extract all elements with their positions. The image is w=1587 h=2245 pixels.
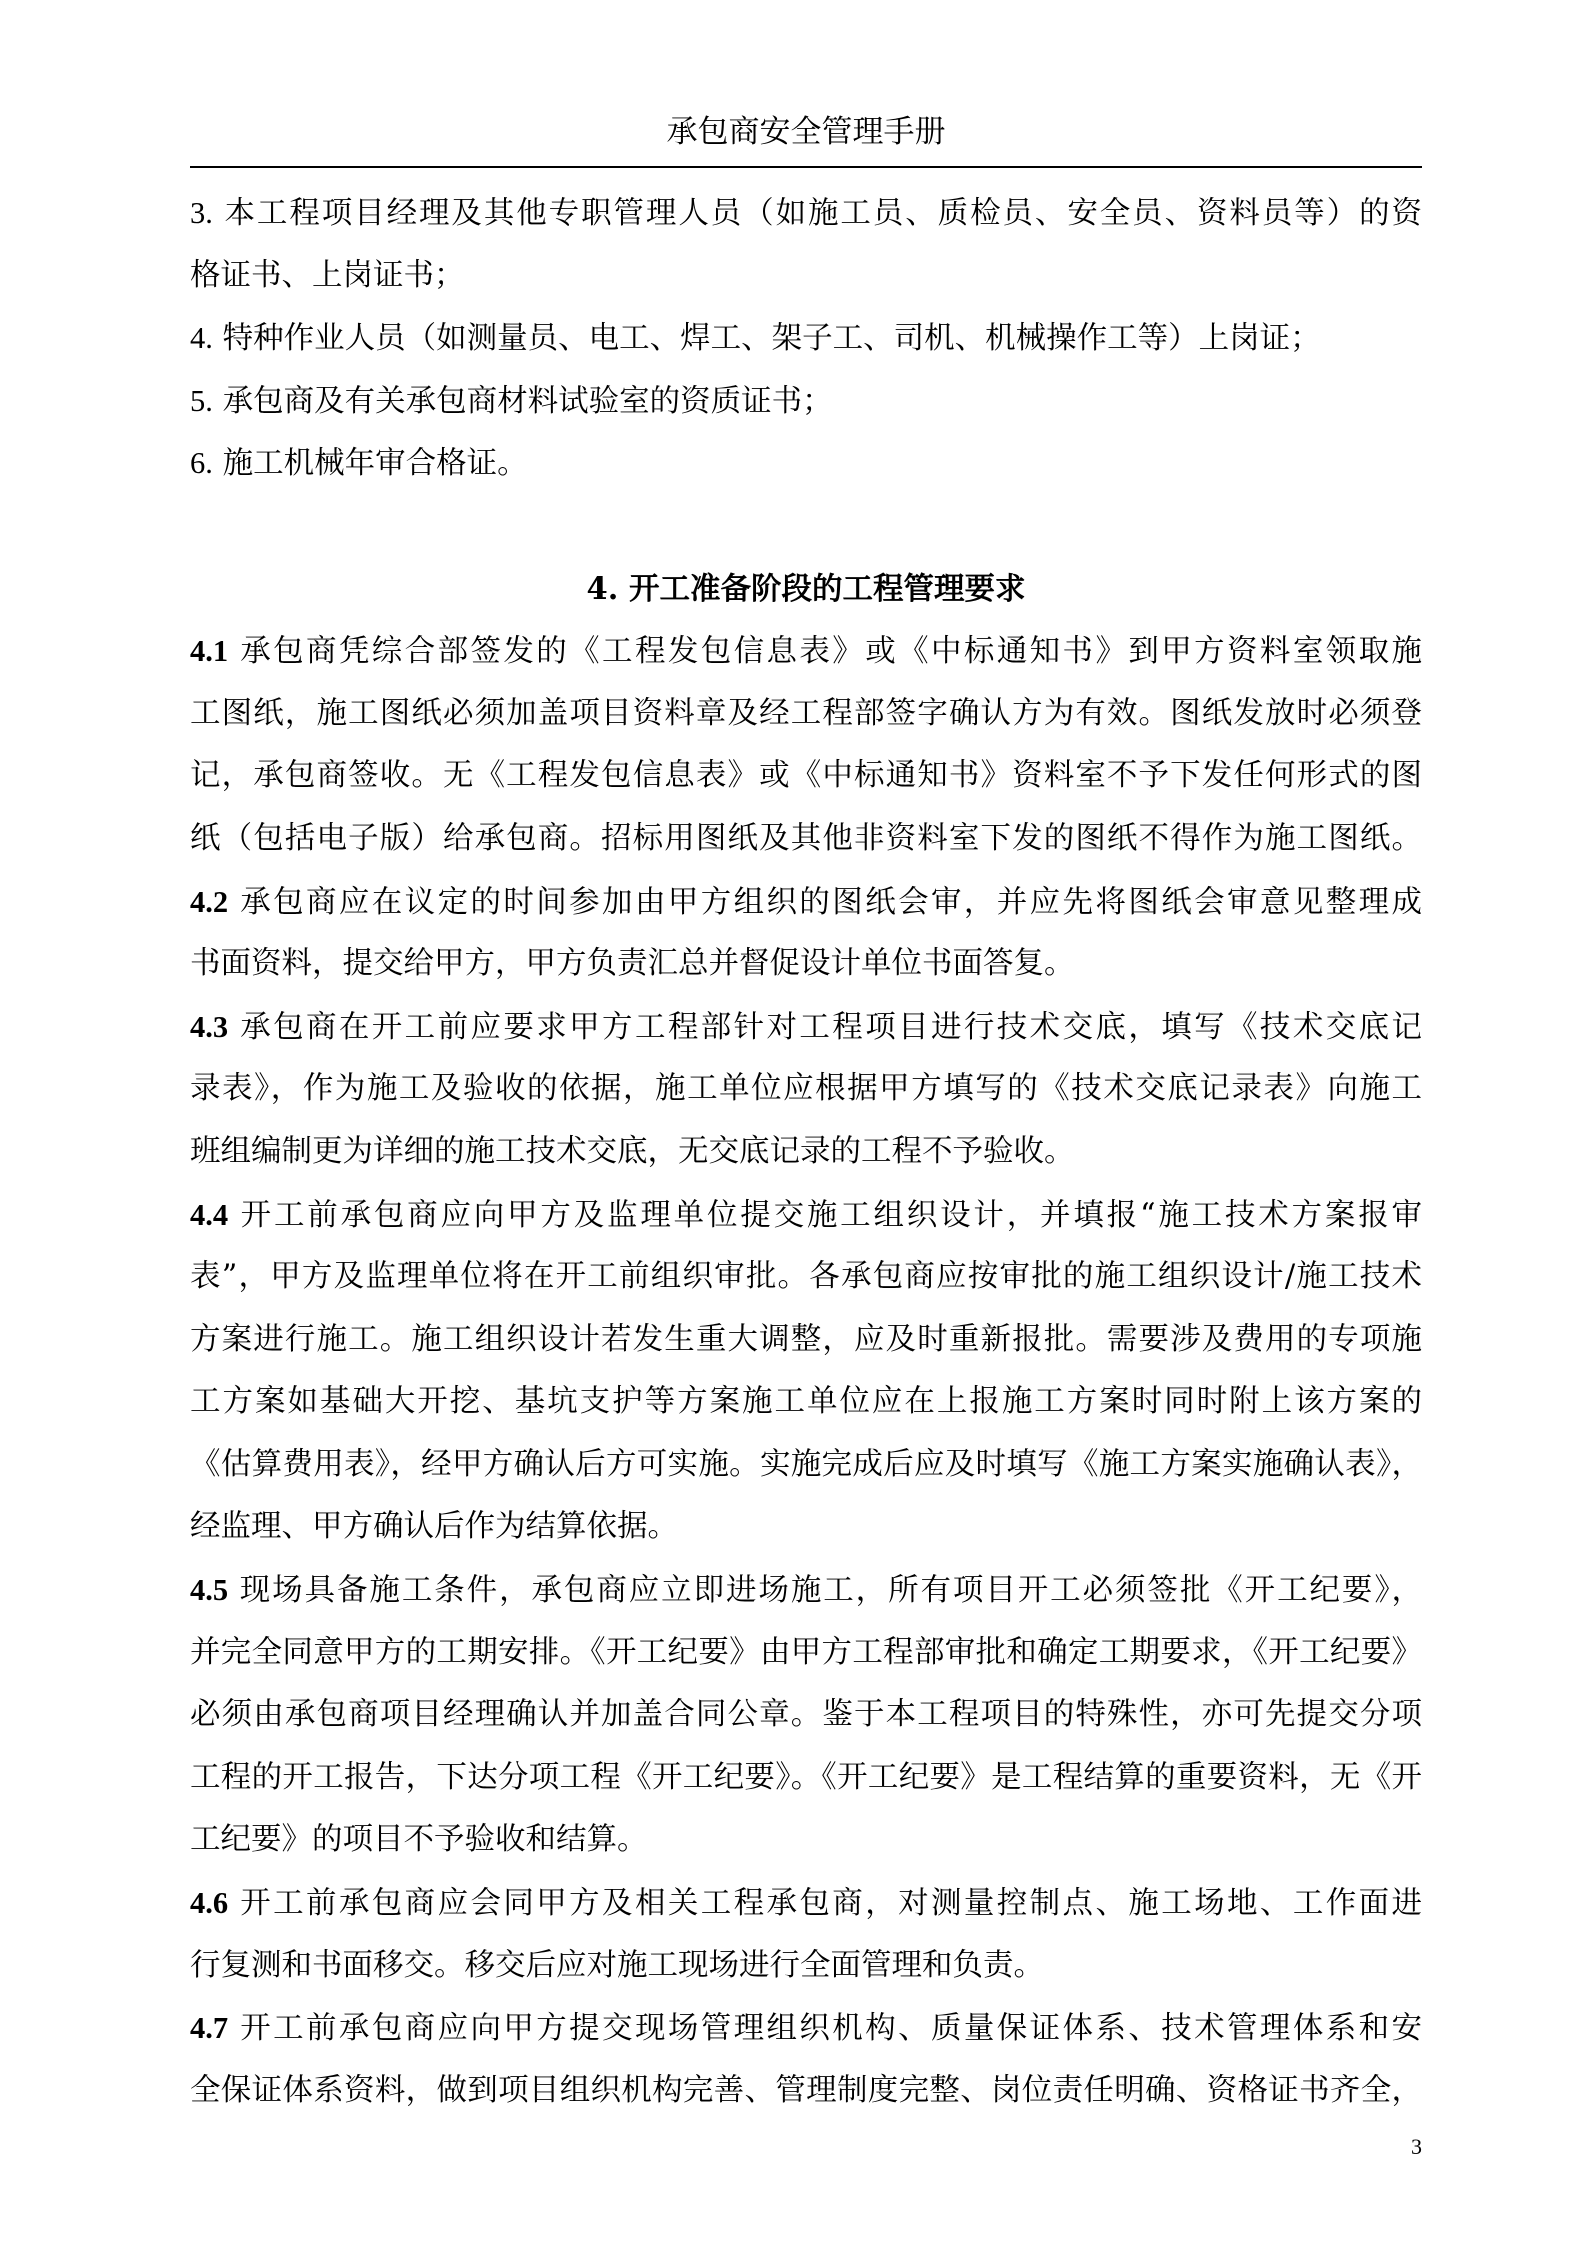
clause-4-4-line-3: 方案进行施工。施工组织设计若发生重大调整，应及时重新报批。需要涉及费用的专项施 — [190, 1309, 1422, 1372]
spacer — [190, 495, 1422, 558]
clause-4-1-line-4: 纸（包括电子版）给承包商。招标用图纸及其他非资料室下发的图纸不得作为施工图纸。 — [190, 808, 1422, 871]
list-item-3-line-1: 3. 本工程项目经理及其他专职管理人员（如施工员、质检员、安全员、资料员等）的资 — [190, 182, 1422, 245]
page-number: 3 — [1400, 2134, 1422, 2160]
running-header: 承包商安全管理手册 — [190, 112, 1422, 152]
list-item-5: 5. 承包商及有关承包商材料试验室的资质证书； — [190, 370, 1422, 433]
clause-4-5-line-2: 并完全同意甲方的工期安排。《开工纪要》由甲方工程部审批和确定工期要求，《开工纪要… — [190, 1622, 1422, 1685]
clause-4-1-line-1: 4.1 承包商凭综合部签发的《工程发包信息表》或《中标通知书》到甲方资料室领取施 — [190, 620, 1422, 683]
clause-4-2-line-2: 书面资料，提交给甲方，甲方负责汇总并督促设计单位书面答复。 — [190, 933, 1422, 996]
list-item-3-line-2: 格证书、上岗证书； — [190, 245, 1422, 308]
clause-4-5-line-1: 4.5 现场具备施工条件，承包商应立即进场施工，所有项目开工必须签批《开工纪要》… — [190, 1559, 1422, 1622]
clause-4-7-line-1: 4.7 开工前承包商应向甲方提交现场管理组织机构、质量保证体系、技术管理体系和安 — [190, 1997, 1422, 2060]
clause-4-6-line-2: 行复测和书面移交。移交后应对施工现场进行全面管理和负责。 — [190, 1935, 1422, 1998]
clause-4-2-line-1: 4.2 承包商应在议定的时间参加由甲方组织的图纸会审，并应先将图纸会审意见整理成 — [190, 871, 1422, 934]
clause-4-1-line-2: 工图纸，施工图纸必须加盖项目资料章及经工程部签字确认方为有效。图纸发放时必须登 — [190, 683, 1422, 746]
page-body: 3. 本工程项目经理及其他专职管理人员（如施工员、质检员、安全员、资料员等）的资… — [190, 182, 1422, 2122]
clause-4-4-line-4: 工方案如基础大开挖、基坑支护等方案施工单位应在上报施工方案时同时附上该方案的 — [190, 1371, 1422, 1434]
clause-4-5-line-5: 工纪要》的项目不予验收和结算。 — [190, 1809, 1422, 1872]
clause-4-3-line-3: 班组编制更为详细的施工技术交底，无交底记录的工程不予验收。 — [190, 1121, 1422, 1184]
section-heading: 4. 开工准备阶段的工程管理要求 — [190, 558, 1422, 621]
list-item-4: 4. 特种作业人员（如测量员、电工、焊工、架子工、司机、机械操作工等）上岗证； — [190, 307, 1422, 370]
clause-4-7-line-2: 全保证体系资料，做到项目组织机构完善、管理制度完整、岗位责任明确、资格证书齐全， — [190, 2060, 1422, 2123]
clause-4-5-line-4: 工程的开工报告，下达分项工程《开工纪要》。《开工纪要》是工程结算的重要资料，无《… — [190, 1747, 1422, 1810]
clause-4-6-line-1: 4.6 开工前承包商应会同甲方及相关工程承包商，对测量控制点、施工场地、工作面进 — [190, 1872, 1422, 1935]
clause-4-3-line-2: 录表》，作为施工及验收的依据，施工单位应根据甲方填写的《技术交底记录表》向施工 — [190, 1058, 1422, 1121]
clause-4-4-line-2: 表”，甲方及监理单位将在开工前组织审批。各承包商应按审批的施工组织设计/施工技术 — [190, 1246, 1422, 1309]
header-rule — [190, 166, 1422, 168]
list-item-6: 6. 施工机械年审合格证。 — [190, 432, 1422, 495]
clause-4-4-line-1: 4.4 开工前承包商应向甲方及监理单位提交施工组织设计，并填报“施工技术方案报审 — [190, 1184, 1422, 1247]
clause-4-3-line-1: 4.3 承包商在开工前应要求甲方工程部针对工程项目进行技术交底，填写《技术交底记 — [190, 996, 1422, 1059]
clause-4-5-line-3: 必须由承包商项目经理确认并加盖合同公章。鉴于本工程项目的特殊性，亦可先提交分项 — [190, 1684, 1422, 1747]
clause-4-4-line-6: 经监理、甲方确认后作为结算依据。 — [190, 1496, 1422, 1559]
clause-4-1-line-3: 记，承包商签收。无《工程发包信息表》或《中标通知书》资料室不予下发任何形式的图 — [190, 745, 1422, 808]
clause-4-4-line-5: 《估算费用表》，经甲方确认后方可实施。实施完成后应及时填写《施工方案实施确认表》… — [190, 1434, 1422, 1497]
